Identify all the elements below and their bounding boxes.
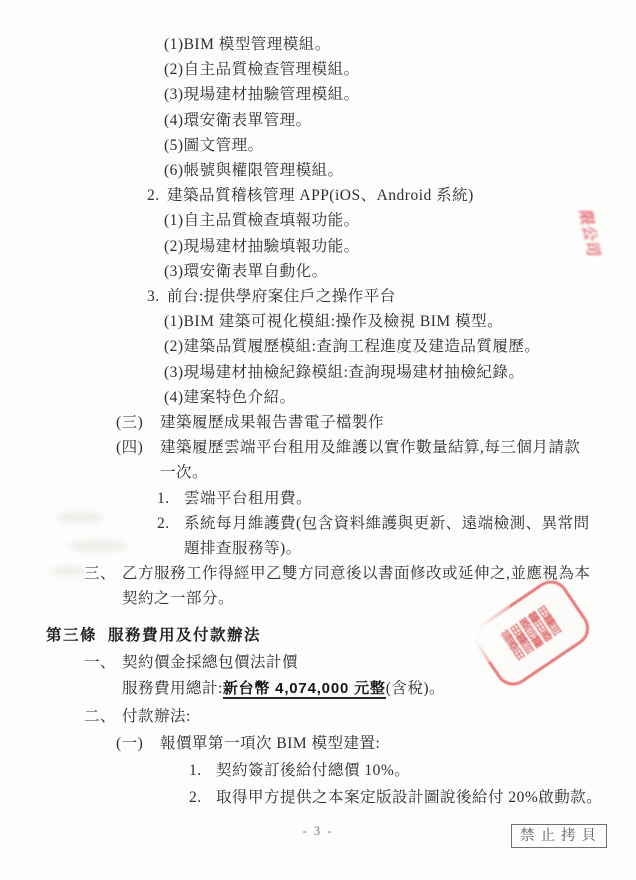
line-text: (2)建築品質履歷模組:查詢工程進度及建造品質履歷。 (164, 334, 540, 360)
line-text: 服務費用總計:新台幣 4,074,000 元整(含稅)。 (122, 676, 445, 702)
line-text: (6)帳號與權限管理模組。 (164, 158, 344, 184)
text-line: (2)建築品質履歷模組:查詢工程進度及建造品質履歷。 (0, 334, 636, 360)
line-text: 付款辦法: (122, 704, 191, 730)
list-marker: 1. (189, 758, 202, 784)
line-text: 契約價金採總包價法計價 (122, 650, 298, 676)
list-marker: 3. (147, 284, 160, 310)
line-text: (5)圖文管理。 (164, 133, 264, 159)
line-text: 前台:提供學府案住戶之操作平台 (167, 284, 396, 310)
line-text-segment: (含稅)。 (386, 680, 445, 697)
line-text: (3)現場建材抽檢紀錄模組:查詢現場建材抽檢紀錄。 (164, 360, 524, 386)
text-line: (一)報價單第一項次 BIM 模型建置: (0, 731, 636, 757)
line-text: (2)自主品質檢查管理模組。 (164, 57, 360, 83)
list-marker: 2. (189, 785, 202, 811)
text-line: (1)自主品質檢查填報功能。 (0, 208, 636, 234)
text-line: (6)帳號與權限管理模組。 (0, 158, 636, 184)
list-marker: (四) (116, 435, 143, 461)
text-line: (四)建築履歷雲端平台租用及維護以實作數量結算,每三個月請款 (0, 435, 636, 461)
line-text: 取得甲方提供之本案定版設計圖說後給付 20%啟動款。 (216, 785, 602, 811)
list-marker: 第三條 (46, 623, 97, 649)
line-text: 服務費用及付款辦法 (108, 623, 261, 649)
line-text: (2)現場建材抽驗填報功能。 (164, 234, 360, 260)
text-line: (1)BIM 建築可視化模組:操作及檢視 BIM 模型。 (0, 309, 636, 335)
line-text: 系統每月維護費(包含資料維護與更新、遠端檢測、異常問 (184, 511, 590, 537)
text-line: (三)建築履歷成果報告書電子檔製作 (0, 410, 636, 436)
line-text: (4)環安衛表單管理。 (164, 108, 312, 134)
line-text: 報價單第一項次 BIM 模型建置: (160, 731, 380, 757)
line-text: 契約之一部分。 (122, 586, 234, 612)
page-number: - 3 - (288, 824, 348, 839)
text-line: (4)建案特色介紹。 (0, 385, 636, 411)
line-text: (4)建案特色介紹。 (164, 385, 296, 411)
text-line: 2.取得甲方提供之本案定版設計圖說後給付 20%啟動款。 (0, 785, 636, 811)
list-marker: 2. (157, 511, 170, 537)
list-marker: (一) (116, 731, 143, 757)
line-text: 建築履歷雲端平台租用及維護以實作數量結算,每三個月請款 (160, 435, 580, 461)
text-line: 一次。 (0, 460, 636, 486)
text-line: (4)環安衛表單管理。 (0, 108, 636, 134)
text-line: 3.前台:提供學府案住戶之操作平台 (0, 284, 636, 310)
list-marker: 三、 (84, 561, 116, 587)
line-text: 一次。 (160, 460, 208, 486)
list-marker: 2. (147, 183, 160, 209)
text-line: 1.雲端平台租用費。 (0, 486, 636, 512)
contract-document-page: (1)BIM 模型管理模組。(2)自主品質檢查管理模組。(3)現場建材抽驗管理模… (0, 0, 636, 880)
line-text: (3)環安衛表單自動化。 (164, 259, 328, 285)
text-line: (5)圖文管理。 (0, 133, 636, 159)
line-text: 題排查服務等)。 (184, 536, 302, 562)
line-text: 建築品質稽核管理 APP(iOS、Android 系統) (167, 183, 474, 209)
text-line: (3)環安衛表單自動化。 (0, 259, 636, 285)
line-text: (1)自主品質檢查填報功能。 (164, 208, 360, 234)
line-text-segment: 服務費用總計: (122, 680, 223, 697)
text-line: 題排查服務等)。 (0, 536, 636, 562)
line-text: 雲端平台租用費。 (184, 486, 312, 512)
text-line: (2)現場建材抽驗填報功能。 (0, 234, 636, 260)
no-copy-stamp-box: 禁止拷貝 (511, 824, 607, 848)
text-line: (3)現場建材抽檢紀錄模組:查詢現場建材抽檢紀錄。 (0, 360, 636, 386)
text-line: (1)BIM 模型管理模組。 (0, 32, 636, 58)
list-marker: 1. (157, 486, 170, 512)
line-text: (3)現場建材抽驗管理模組。 (164, 82, 360, 108)
line-text: 建築履歷成果報告書電子檔製作 (160, 410, 384, 436)
line-text: (1)BIM 建築可視化模組:操作及檢視 BIM 模型。 (164, 309, 503, 335)
line-text: (1)BIM 模型管理模組。 (164, 32, 331, 58)
text-line: 2.建築品質稽核管理 APP(iOS、Android 系統) (0, 183, 636, 209)
list-marker: 一、 (84, 650, 116, 676)
text-line: (2)自主品質檢查管理模組。 (0, 57, 636, 83)
text-line: 1.契約簽訂後給付總價 10%。 (0, 758, 636, 784)
line-text: 乙方服務工作得經甲乙雙方同意後以書面修改或延伸之,並應視為本 (122, 561, 590, 587)
line-text: 契約簽訂後給付總價 10%。 (216, 758, 410, 784)
text-line: 2.系統每月維護費(包含資料維護與更新、遠端檢測、異常問 (0, 511, 636, 537)
list-marker: 二、 (84, 704, 116, 730)
text-line: 服務費用總計:新台幣 4,074,000 元整(含稅)。 (0, 676, 636, 702)
list-marker: (三) (116, 410, 143, 436)
contract-total-amount: 新台幣 4,074,000 元整 (223, 680, 386, 699)
text-line: 二、付款辦法: (0, 704, 636, 730)
text-line: (3)現場建材抽驗管理模組。 (0, 82, 636, 108)
